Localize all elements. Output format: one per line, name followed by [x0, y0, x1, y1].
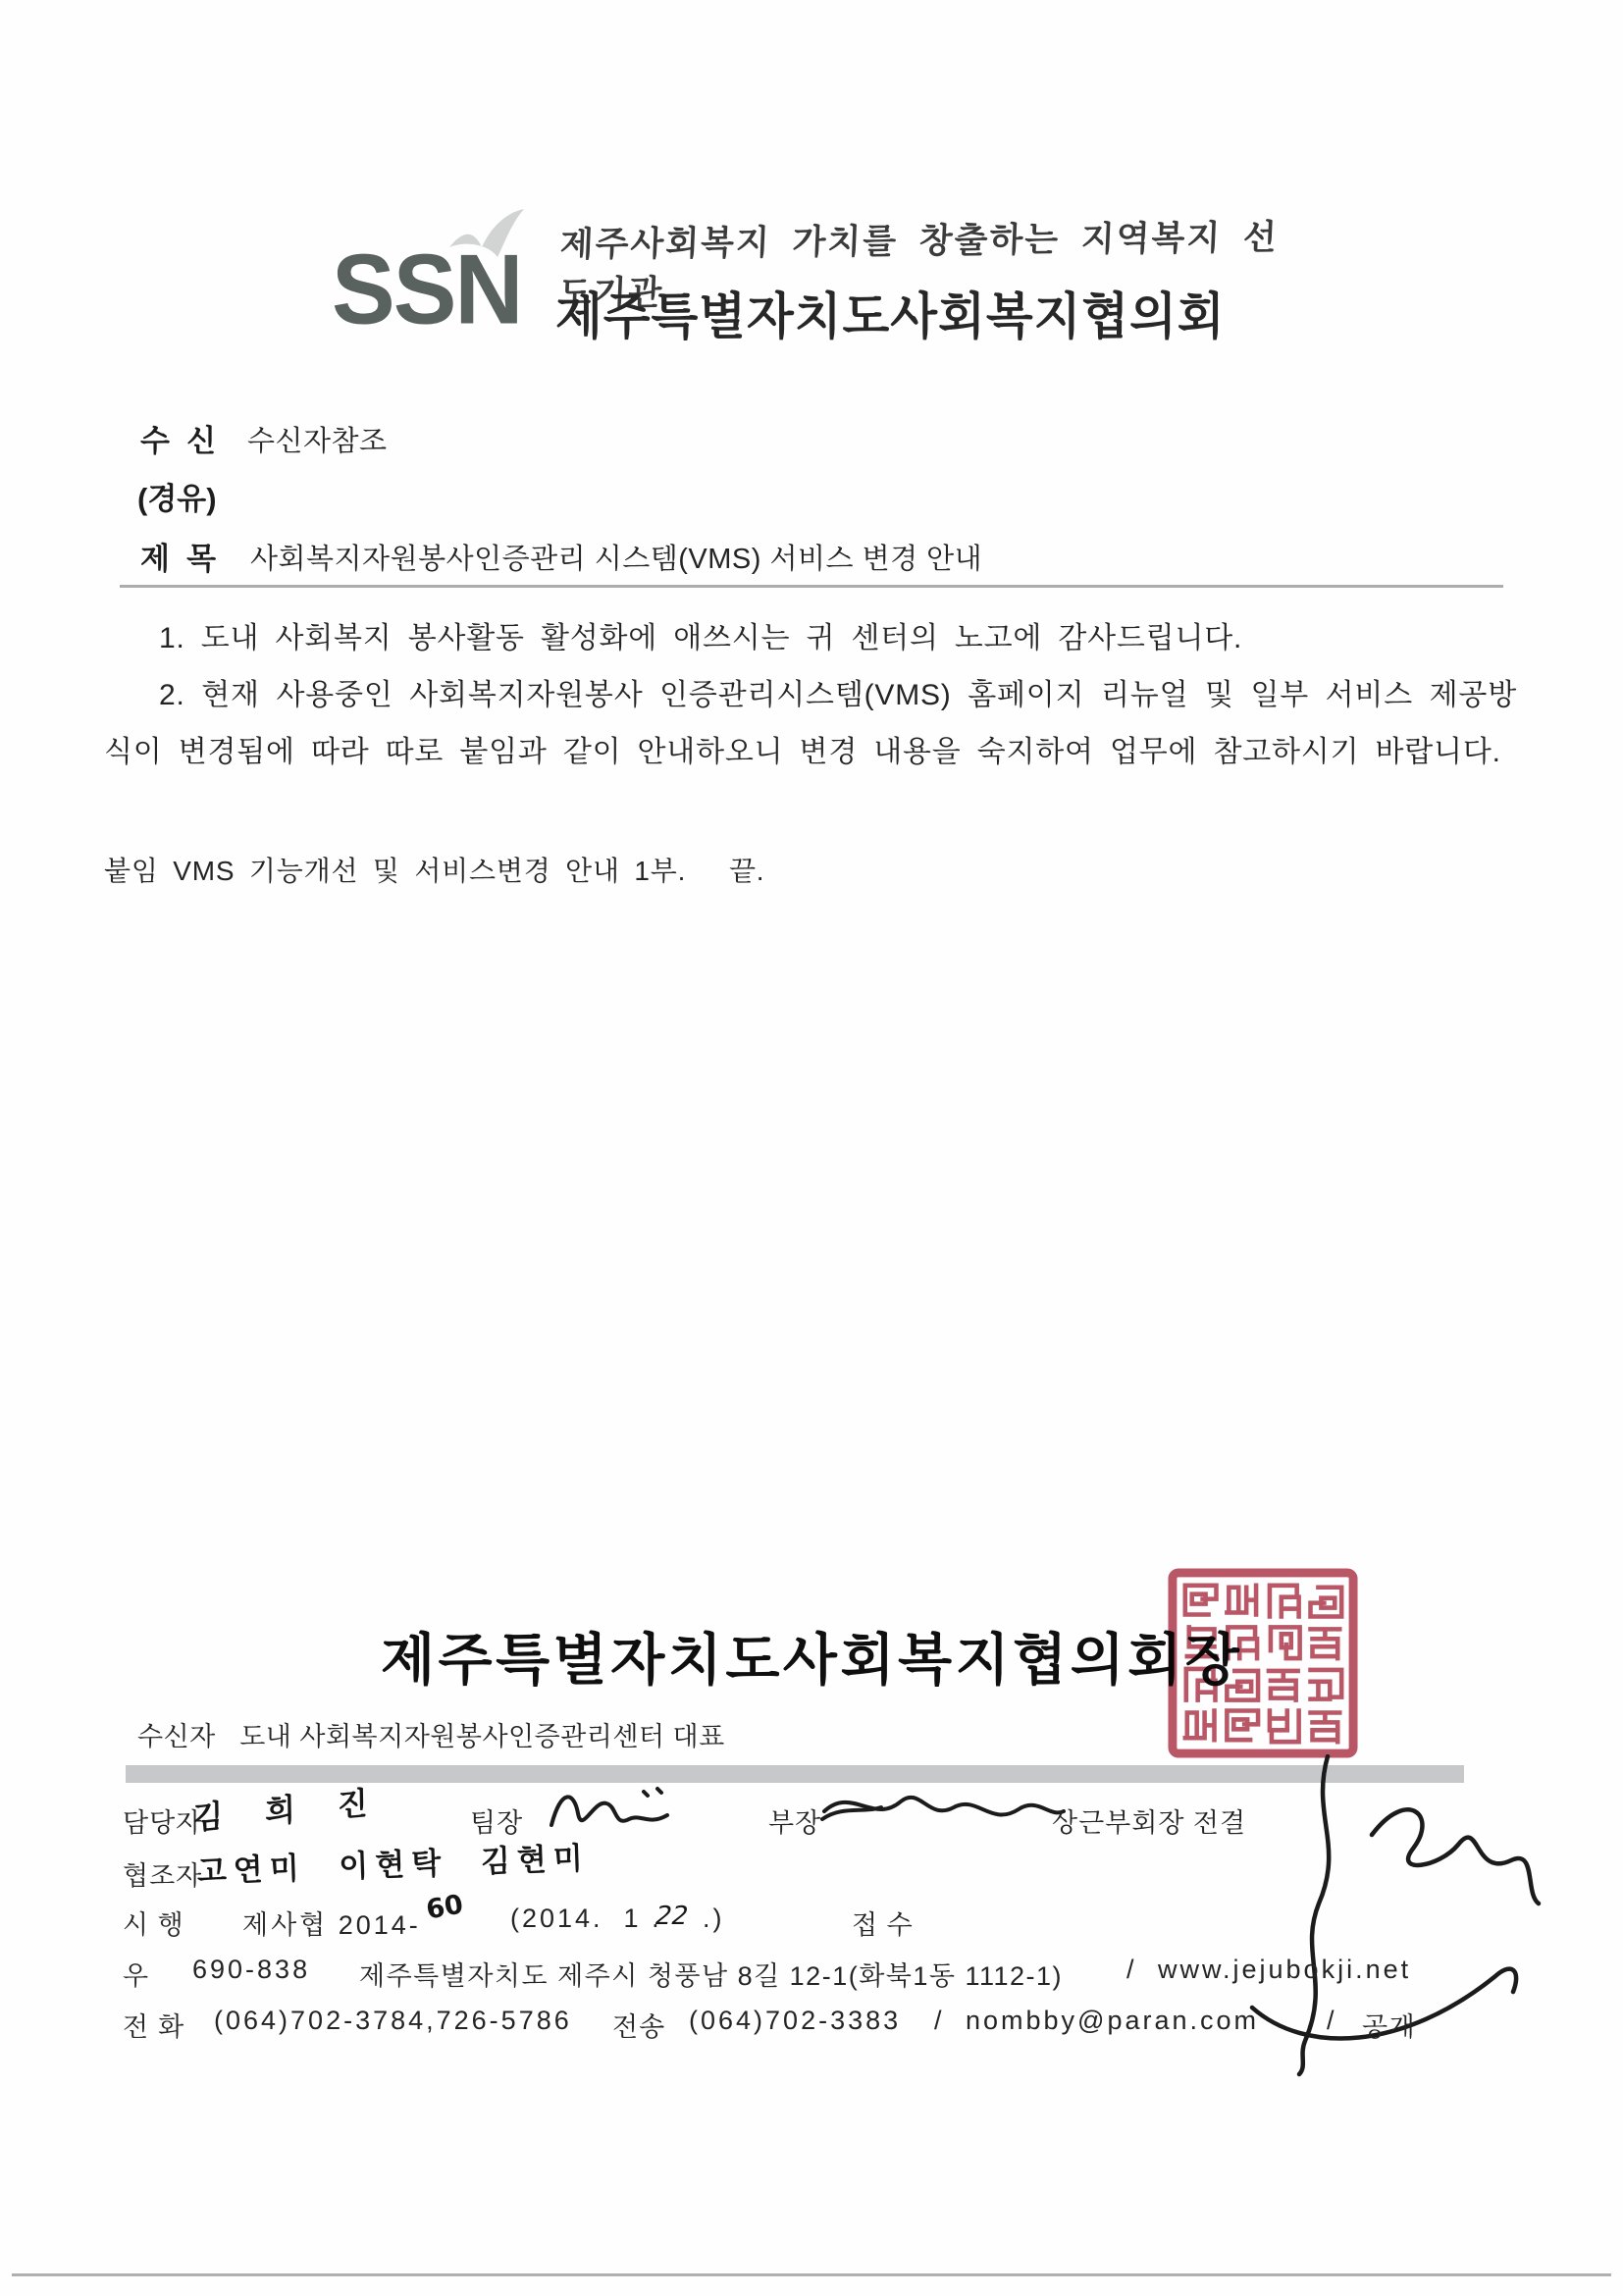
subject-divider-line [120, 585, 1503, 588]
dispatch-date-suffix: .) [703, 1904, 725, 1934]
manager-label: 담당자 [123, 1801, 202, 1840]
cooperators-label: 협조자 [123, 1854, 202, 1893]
email-disclosure-separator: / [1327, 2006, 1335, 2036]
via-label: (경유) [137, 474, 217, 518]
attachment-line: 붙임 VMS 기능개선 및 서비스변경 안내 1부. 끝. [104, 850, 764, 889]
team-leader-label: 팀장 [470, 1801, 523, 1840]
cooperators-handwritten-names: 고연미 이현탁 김현미 [196, 1833, 590, 1891]
recipient-value: 수신자참조 [247, 419, 388, 459]
dispatch-doc-number: 제사협 2014- [242, 1904, 421, 1942]
subject-label: 제 목 [140, 534, 216, 578]
body-paragraph-1: 1. 도내 사회복지 봉사활동 활성화에 애쓰시는 귀 센터의 노고에 감사드립… [104, 610, 1517, 667]
dispatch-date-prefix: (2014. 1 . [510, 1904, 662, 1934]
recipients-label: 수신자 [137, 1722, 216, 1751]
body-text-block: 1. 도내 사회복지 봉사활동 활성화에 애쓰시는 귀 센터의 노고에 감사드립… [104, 610, 1517, 781]
website-url: www.jejubokji.net [1158, 1955, 1411, 1985]
dept-head-signature [820, 1782, 1071, 1843]
tel-numbers: (064)702-3784,726-5786 [214, 2006, 572, 2036]
header-org-name: 제주특별자치도사회복지협의회 [555, 276, 1226, 348]
tel-label: 전화 [123, 2006, 193, 2044]
page-bottom-edge-line [12, 2273, 1611, 2276]
vice-chair-approval-label: 상근부회장 전결 [1052, 1801, 1246, 1840]
recipients-value: 도내 사회복지자원봉사인증관리센터 대표 [239, 1722, 724, 1751]
ssn-logo-text: SSN [332, 235, 521, 344]
body-paragraph-2: 2. 현재 사용중인 사회복지자원봉사 인증관리시스템(VMS) 홈페이지 리뉴… [104, 667, 1517, 781]
official-seal-stamp [1166, 1566, 1360, 1760]
dispatch-date-day-handwritten: 22 [652, 1902, 692, 1931]
postal-label: 우 [123, 1955, 149, 1993]
disclosure-label: 공개 [1362, 2006, 1416, 2044]
dept-head-label: 부장 [768, 1801, 821, 1840]
document-page: SSN 제주사회복지 가치를 창출하는 지역복지 선도기관 제주특별자치도사회복… [0, 0, 1623, 2296]
fax-label: 전송 [612, 2006, 665, 2044]
recipients-line: 수신자 도내 사회복지자원봉사인증관리센터 대표 [137, 1715, 725, 1753]
postal-code: 690-838 [192, 1955, 310, 1985]
dispatch-label: 시 행 [123, 1904, 184, 1942]
issuer-title: 제주특별자치도사회복지협의회장 [381, 1615, 1242, 1696]
subject-value: 사회복지자원봉사인증관리 시스템(VMS) 서비스 변경 안내 [250, 537, 982, 577]
recipient-label: 수 신 [140, 416, 216, 460]
address-website-separator: / [1126, 1955, 1135, 1985]
email-address: nombby@paran.com [966, 2006, 1259, 2036]
receipt-label: 접 수 [852, 1904, 914, 1942]
fax-number: (064)702-3383 [689, 2006, 901, 2036]
address-text: 제주특별자치도 제주시 청풍남 8길 12-1(화북1동 1112-1) [359, 1955, 1063, 1993]
dispatch-doc-number-handwritten: 60 [424, 1889, 465, 1925]
manager-handwritten-name: 김 희 진 [192, 1777, 384, 1839]
fax-email-separator: / [934, 2006, 943, 2036]
